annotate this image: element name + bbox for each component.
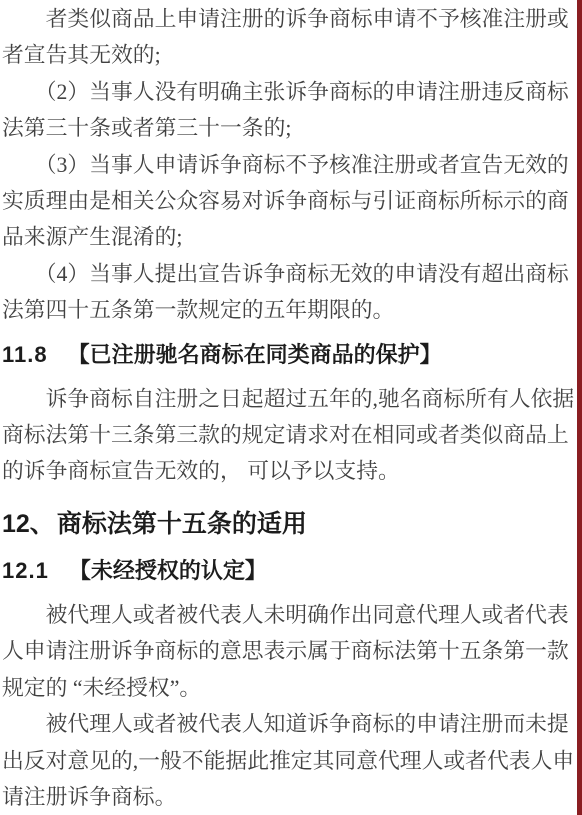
section-title: 【已注册驰名商标在同类商品的保护】 [68, 342, 442, 367]
document-page: 者类似商品上申请注册的诉争商标申请不予核准注册或 者宣告其无效的; （2）当事人… [0, 0, 582, 815]
document-text-column: 者类似商品上申请注册的诉争商标申请不予核准注册或 者宣告其无效的; （2）当事人… [0, 0, 582, 815]
paragraph-item-1-continuation: 者类似商品上申请注册的诉争商标申请不予核准注册或 者宣告其无效的; [2, 1, 575, 74]
paragraph-12-1-body-2: 被代理人或者被代表人知道诉争商标的申请注册而未提 出反对意见的,一般不能据此推定… [2, 706, 575, 815]
section-number: 12.1 [2, 558, 49, 583]
section-heading-11-8: 11.8【已注册驰名商标在同类商品的保护】 [2, 337, 575, 373]
paragraph-item-3: （3）当事人申请诉争商标不予核准注册或者宣告无效的 实质理由是相关公众容易对诉争… [2, 147, 575, 256]
section-title: 【未经授权的认定】 [69, 558, 267, 583]
chapter-number: 12、 [2, 510, 55, 538]
chapter-heading-12: 12、商标法第十五条的适用 [2, 504, 575, 545]
paragraph-11-8-body: 诉争商标自注册之日起超过五年的,驰名商标所有人依据 商标法第十三条第三款的规定请… [2, 381, 575, 490]
paragraph-item-2: （2）当事人没有明确主张诉争商标的申请注册违反商标 法第三十条或者第三十一条的; [2, 74, 575, 147]
paragraph-12-1-body-1: 被代理人或者被代表人未明确作出同意代理人或者代表 人申请注册诉争商标的意思表示属… [2, 597, 575, 706]
section-number: 11.8 [2, 342, 48, 367]
chapter-title: 商标法第十五条的适用 [57, 511, 307, 538]
section-heading-12-1: 12.1【未经授权的认定】 [2, 553, 575, 589]
paragraph-item-4: （4）当事人提出宣告诉争商标无效的申请没有超出商标 法第四十五条第一款规定的五年… [2, 256, 575, 329]
page-right-edge-accent-bar [577, 0, 582, 815]
